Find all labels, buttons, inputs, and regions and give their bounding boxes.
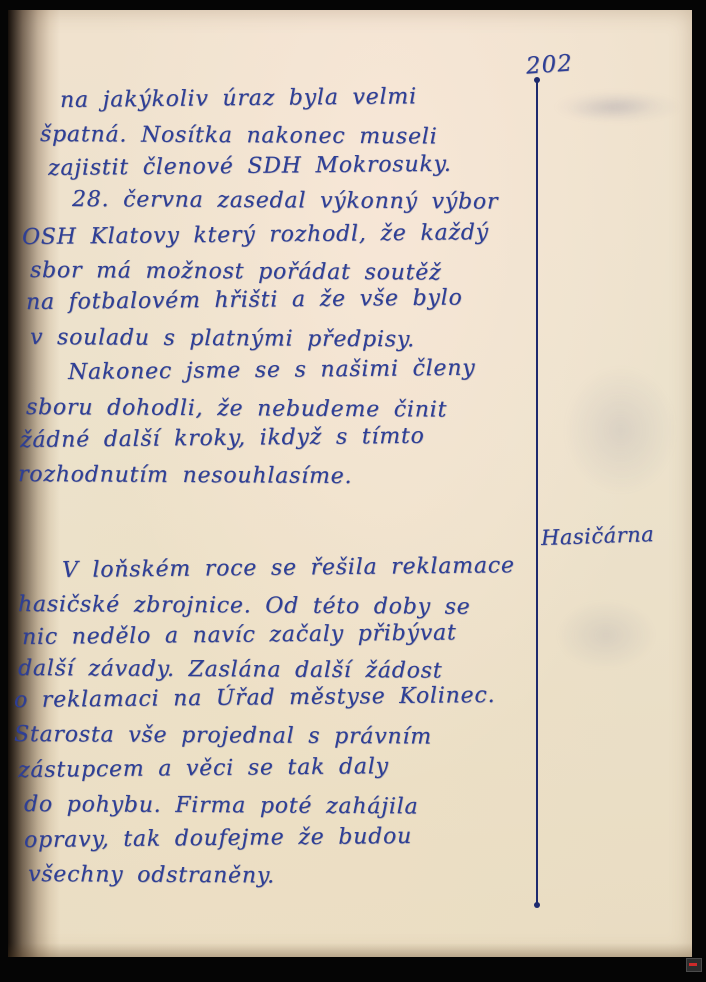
handwritten-line: V loňském roce se řešila reklamace [62,553,515,583]
handwritten-line: opravy, tak doufejme že budou [24,824,412,853]
handwritten-line: nic nedělo a navíc začaly přibývat [22,620,457,650]
chronicle-page: 202 Hasičárna na jakýkoliv úraz byla vel… [8,10,692,957]
handwritten-line: o reklamaci na Úřad městyse Kolinec. [14,683,496,713]
handwritten-line: OSH Klatovy který rozhodl, že každý [22,220,489,250]
handwritten-line: do pohybu. Firma poté zahájila [24,792,419,819]
handwritten-line: Starosta vše projednal s právním [14,722,432,750]
handwritten-line: Nakonec jsme se s našimi členy [68,356,476,385]
handwritten-line: žádné další kroky, ikdyž s tímto [20,424,425,453]
watermark-red-bar [689,963,697,966]
handwritten-text-block: na jakýkoliv úraz byla velmi špatná. Nos… [8,10,692,957]
handwritten-line: zajistit členové SDH Mokrosuky. [48,152,452,181]
handwritten-line: v souladu s platnými předpisy. [30,325,415,352]
handwritten-line: na jakýkoliv úraz byla velmi [60,84,417,113]
handwritten-line: další závady. Zaslána další žádost [18,656,443,684]
handwritten-line: všechny odstraněny. [28,862,275,889]
handwritten-line: rozhodnutím nesouhlasíme. [18,462,352,489]
handwritten-line: zástupcem a věci se tak daly [18,754,389,783]
scanner-watermark-icon [686,958,702,972]
handwritten-line: 28. června zasedal výkonný výbor [72,187,498,215]
handwritten-line: sbor má možnost pořádat soutěž [30,258,442,286]
handwritten-line: špatná. Nosítka nakonec museli [40,122,438,149]
photo-frame: { "page": { "number": "202", "margin_not… [0,0,706,982]
handwritten-line: hasičské zbrojnice. Od této doby se [18,592,471,620]
handwritten-line: na fotbalovém hřišti a že vše bylo [26,285,463,315]
handwritten-line: sboru dohodli, že nebudeme činit [26,395,447,423]
